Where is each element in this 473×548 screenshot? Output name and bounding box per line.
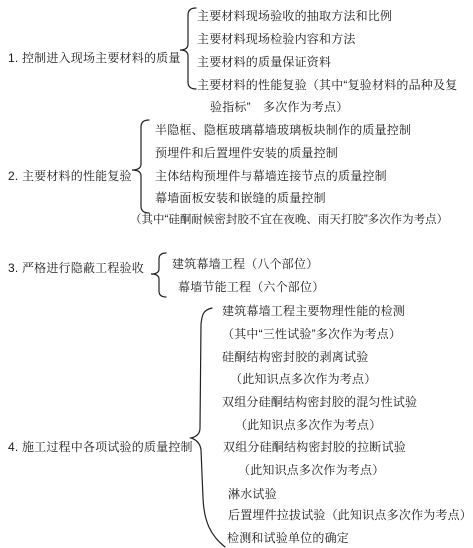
section-4-item-note: （此知识点多次作为考点） bbox=[235, 418, 381, 433]
section-1-item: 主要材料现场验收的抽取方法和比例 bbox=[197, 9, 392, 24]
section-3-item: 建筑幕墙工程（八个部位） bbox=[172, 257, 318, 272]
section-1-label: 1. 控制进入现场主要材料的质量 bbox=[8, 51, 181, 66]
section-4-item-note: （此知识点多次作为考点） bbox=[230, 372, 376, 387]
section-4-item: 双组分硅酮结构密封胶的拉断试验 bbox=[223, 440, 406, 455]
section-2-item: 半隐框、隐框玻璃幕墙玻璃板块制作的质量控制 bbox=[155, 123, 411, 138]
section-4-item: 后置埋件拉拔试验（此知识点多次作为考点） bbox=[228, 508, 472, 523]
bracket-diagram: 1. 控制进入现场主要材料的质量 主要材料现场验收的抽取方法和比例 主要材料现场… bbox=[0, 0, 473, 548]
curly-brace-icon bbox=[150, 252, 167, 298]
section-3-item: 幕墙节能工程（六个部位） bbox=[178, 280, 324, 295]
section-4-item-note: （其中“三性试验”多次作为考点） bbox=[222, 327, 401, 342]
section-4-label: 4. 施工过程中各项试验的质量控制 bbox=[8, 440, 193, 455]
section-4-item: 建筑幕墙工程主要物理性能的检测 bbox=[222, 304, 405, 319]
section-4-item: 双组分硅酮结构密封胶的混匀性试验 bbox=[222, 395, 417, 410]
curly-brace-icon bbox=[131, 119, 150, 214]
section-2-label: 2. 主要材料的性能复验 bbox=[8, 169, 132, 184]
section-2-item: 主体结构预埋件与幕墙连接节点的质量控制 bbox=[155, 169, 387, 184]
curly-brace-icon bbox=[190, 306, 226, 548]
section-1-item: 主要材料的质量保证资料 bbox=[197, 55, 331, 70]
section-4-item: 硅酮结构密封胶的剥离试验 bbox=[222, 350, 368, 365]
section-3-label: 3. 严格进行隐蔽工程验收 bbox=[8, 261, 144, 276]
curly-brace-icon bbox=[179, 7, 197, 90]
section-4-item: 淋水试验 bbox=[228, 487, 277, 502]
section-1-item: 主要材料现场检验内容和方法 bbox=[197, 32, 356, 47]
section-4-item: 检测和试验单位的确定 bbox=[227, 531, 349, 546]
section-2-note: （其中“硅酮耐候密封胶不宜在夜晚、雨天打胶”多次作为考点） bbox=[130, 213, 448, 228]
section-2-item: 预埋件和后置埋件安装的质量控制 bbox=[155, 146, 338, 161]
section-2-item: 幕墙面板安装和嵌缝的质量控制 bbox=[155, 191, 326, 206]
section-4-item-note: （此知识点多次作为考点） bbox=[238, 463, 384, 478]
section-1-item-continuation: 验指标” 多次作为考点） bbox=[210, 100, 348, 115]
section-1-item: 主要材料的性能复验（其中“复验材料的品种及复 bbox=[197, 78, 457, 93]
